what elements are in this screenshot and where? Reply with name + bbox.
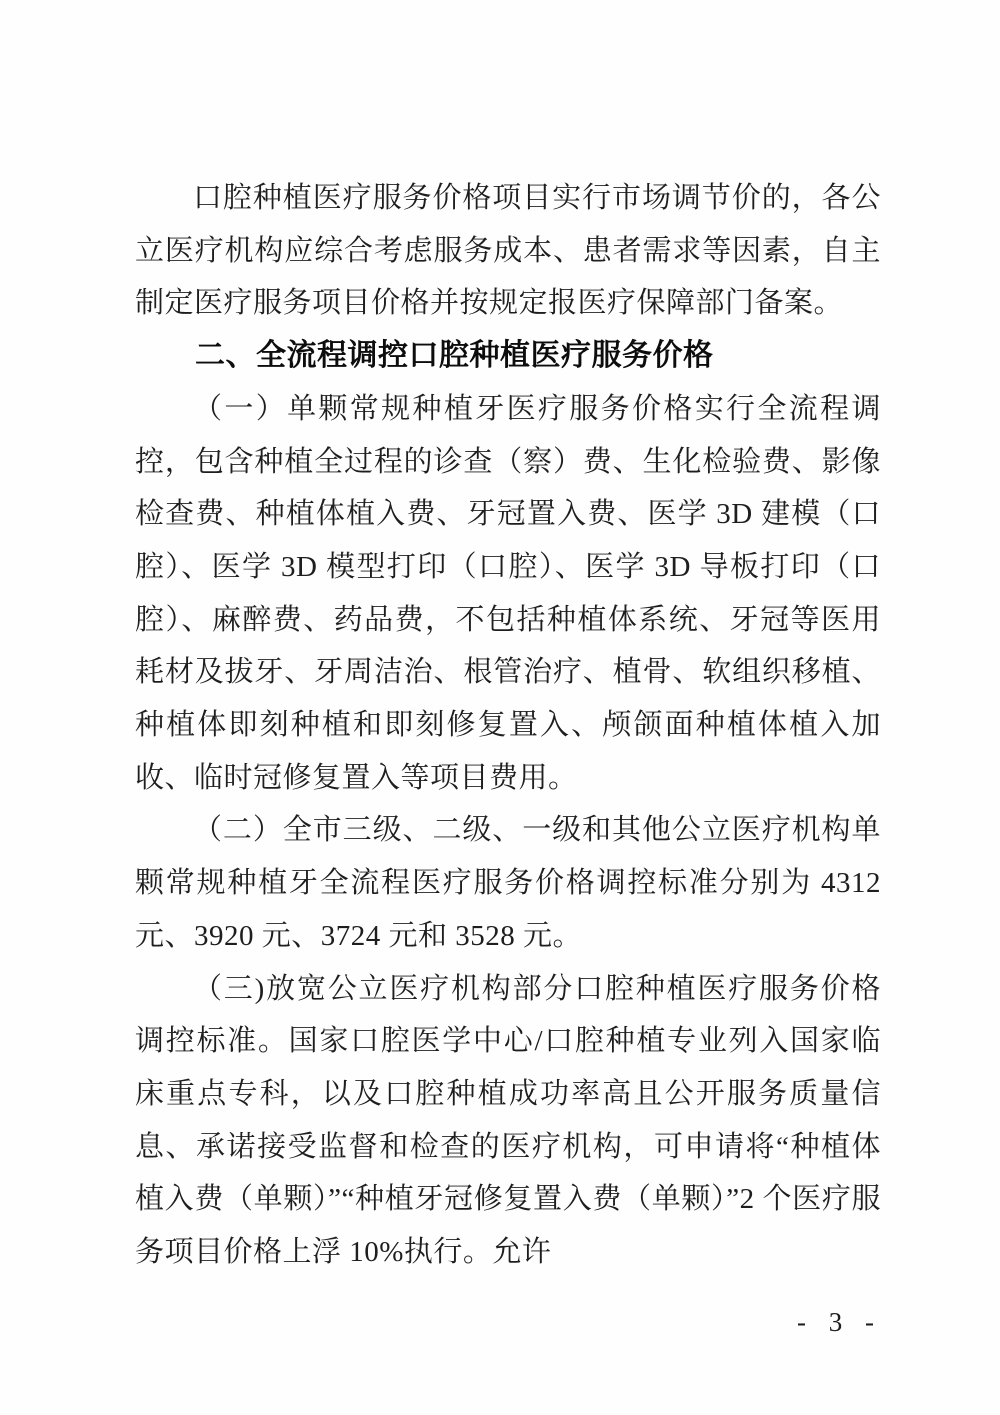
paragraph-item-three: （三)放宽公立医疗机构部分口腔种植医疗服务价格调控标准。国家口腔医学中心/口腔种… xyxy=(135,963,881,1279)
paragraph-item-one: （一）单颗常规种植牙医疗服务价格实行全流程调控，包含种植全过程的诊查（察）费、生… xyxy=(135,383,881,805)
page-number: - 3 - xyxy=(797,1305,882,1339)
intro-paragraph: 口腔种植医疗服务价格项目实行市场调节价的，各公立医疗机构应综合考虑服务成本、患者… xyxy=(135,172,881,330)
document-page: 口腔种植医疗服务价格项目实行市场调节价的，各公立医疗机构应综合考虑服务成本、患者… xyxy=(0,0,1000,1415)
section-heading: 二、全流程调控口腔种植医疗服务价格 xyxy=(135,330,881,383)
document-body: 口腔种植医疗服务价格项目实行市场调节价的，各公立医疗机构应综合考虑服务成本、患者… xyxy=(135,172,881,1279)
paragraph-item-two: （二）全市三级、二级、一级和其他公立医疗机构单颗常规种植牙全流程医疗服务价格调控… xyxy=(135,804,881,962)
